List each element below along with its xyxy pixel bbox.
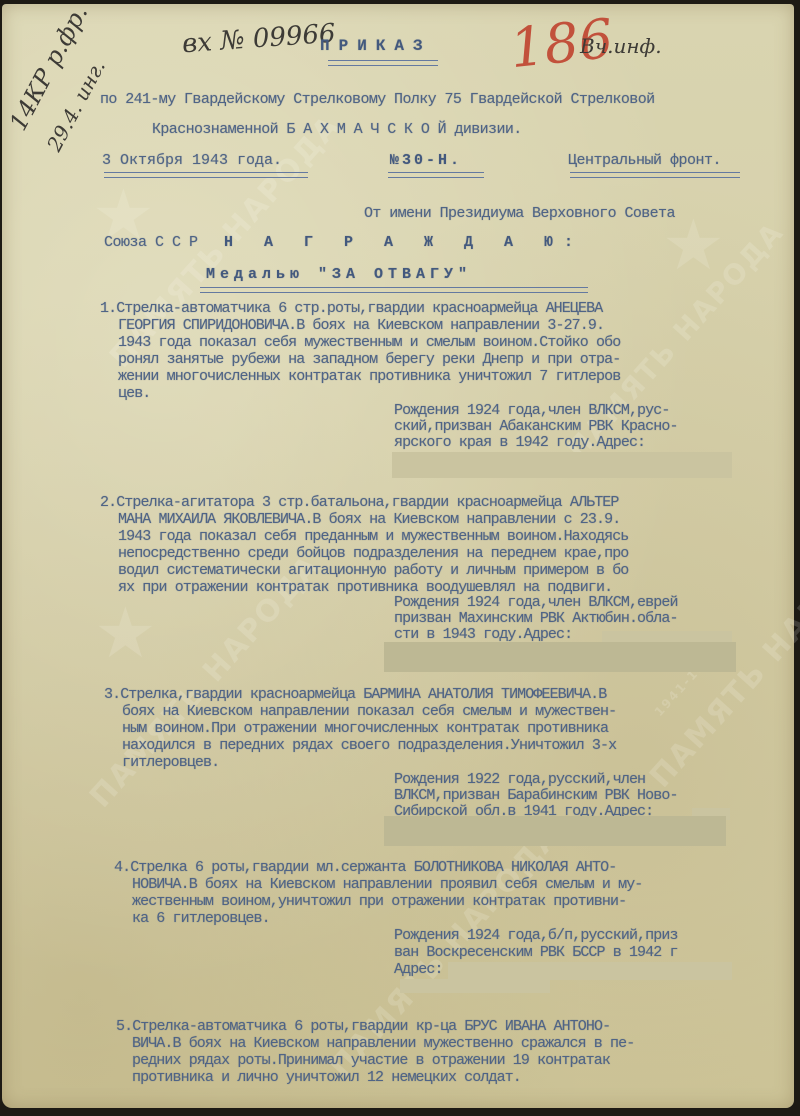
entry-1-bio: ярского края в 1942 году.Адрес: — [394, 434, 645, 451]
entry-5-line: противника и лично уничтожил 12 немецких… — [132, 1069, 521, 1086]
entry-4-line: ка 6 гитлеровцев. — [132, 910, 270, 927]
entry-3-bio: Рождения 1922 года,русский,член — [394, 771, 645, 788]
entry-2-bio: Рождения 1924 года,член ВЛКСМ,еврей — [394, 594, 678, 611]
entry-2-line: непосредственно среди бойцов подразделен… — [118, 545, 628, 562]
redacted-address-1 — [392, 452, 732, 478]
award-underline — [200, 287, 588, 293]
entry-2-line: 1943 года показал себя преданным и мужес… — [118, 528, 628, 545]
redacted-address-2b — [384, 642, 736, 672]
entry-5-line: 5.Стрелка-автоматчика 6 роты,гвардии кр-… — [116, 1018, 610, 1035]
front-name: Центральный фронт. — [568, 152, 721, 169]
title-underline — [328, 60, 438, 66]
entry-2-bio: сти в 1943 году.Адрес: — [394, 626, 572, 643]
entry-4-line: 4.Стрелка 6 роты,гвардии мл.сержанта БОЛ… — [114, 859, 616, 876]
entry-3-line: находился в передних рядах своего подраз… — [122, 737, 616, 754]
entry-1-line: цев. — [118, 385, 150, 402]
entry-3-line: гитлеровцев. — [122, 754, 219, 771]
entry-1-line: 1943 года показал себя мужественным и см… — [118, 334, 620, 351]
redacted-address-3b — [384, 816, 726, 846]
handwritten-signature: Вч.инф. — [580, 34, 662, 58]
document-title: ПРИКАЗ — [320, 38, 432, 55]
entry-1-line: ГЕОРГИЯ СПИРИДОНОВИЧА.В боях на Киевском… — [118, 317, 604, 334]
entry-1-line: 1.Стрелка-автоматчика 6 стр.роты,гвардии… — [100, 300, 602, 317]
header-line-2: Краснознаменной Б А Х М А Ч С К О Й диви… — [152, 121, 522, 138]
entry-5-line: ВИЧА.В боях на Киевском направлении муже… — [132, 1035, 634, 1052]
order-date: 3 Октября 1943 года. — [102, 152, 282, 169]
entry-2-bio: призван Махинским РВК Актюбин.обла- — [394, 610, 678, 627]
number-underline — [388, 172, 484, 178]
entry-4-bio: Рождения 1924 года,б/п,русский,приз — [394, 927, 678, 944]
date-underline — [104, 172, 308, 178]
entry-4-bio: Адрес: — [394, 961, 443, 978]
entry-3-line: боях на Киевском направлении показал себ… — [122, 703, 616, 720]
entry-4-line: НОВИЧА.В боях на Киевском направлении пр… — [132, 876, 642, 893]
award-name: Медалью "ЗА ОТВАГУ" — [206, 266, 472, 283]
entry-4-line: жественным воином,уничтожил при отражени… — [132, 893, 626, 910]
watermark-star-icon: ★ — [94, 592, 157, 674]
entry-2-line: 2.Стрелка-агитатора 3 стр.батальона,гвар… — [100, 494, 619, 511]
entry-4-bio: ван Воскресенским РВК БССР в 1942 г — [394, 944, 678, 961]
header-line-1: по 241-му Гвардейскому Стрелковому Полку… — [100, 91, 655, 108]
entry-1-bio: ский,призван Абаканским РВК Красно- — [394, 418, 678, 435]
entry-2-line: водил систематически агитационную работу… — [118, 562, 628, 579]
document-sheet: ★ ПАМЯТЬ НАРОДА ★ ПАМЯТЬ НАРОДА ★ ПАМЯТЬ… — [2, 4, 794, 1108]
redacted-address-4b — [400, 979, 550, 993]
entry-1-bio: Рождения 1924 года,член ВЛКСМ,рус- — [394, 402, 669, 419]
entry-3-line: 3.Стрелка,гвардии красноармейца БАРМИНА … — [104, 686, 606, 703]
preamble-line-2-prefix: Союза С С Р — [104, 234, 198, 251]
entry-2-line: МАНА МИХАИЛА ЯКОВЛЕВИЧА.В боях на Киевск… — [118, 511, 620, 528]
redacted-address-4a — [448, 962, 732, 980]
entry-1-line: ронял занятые рубежи на западном берегу … — [118, 351, 620, 368]
preamble-line-1: От имени Президиума Верховного Совета — [364, 205, 675, 222]
entry-3-bio: ВЛКСМ,призван Барабинским РВК Ново- — [394, 787, 678, 804]
entry-1-line: жении многочисленных контратак противник… — [118, 368, 620, 385]
handwritten-inventory-number: вх № 09966 — [181, 19, 336, 60]
preamble-awards-verb: Н А Г Р А Ж Д А Ю: — [224, 234, 584, 251]
order-number: №30-Н. — [390, 152, 462, 169]
entry-5-line: редних рядах роты.Принимал участие в отр… — [132, 1052, 610, 1069]
entry-3-line: ным воином.При отражении многочисленных … — [122, 720, 608, 737]
front-underline — [570, 172, 740, 178]
